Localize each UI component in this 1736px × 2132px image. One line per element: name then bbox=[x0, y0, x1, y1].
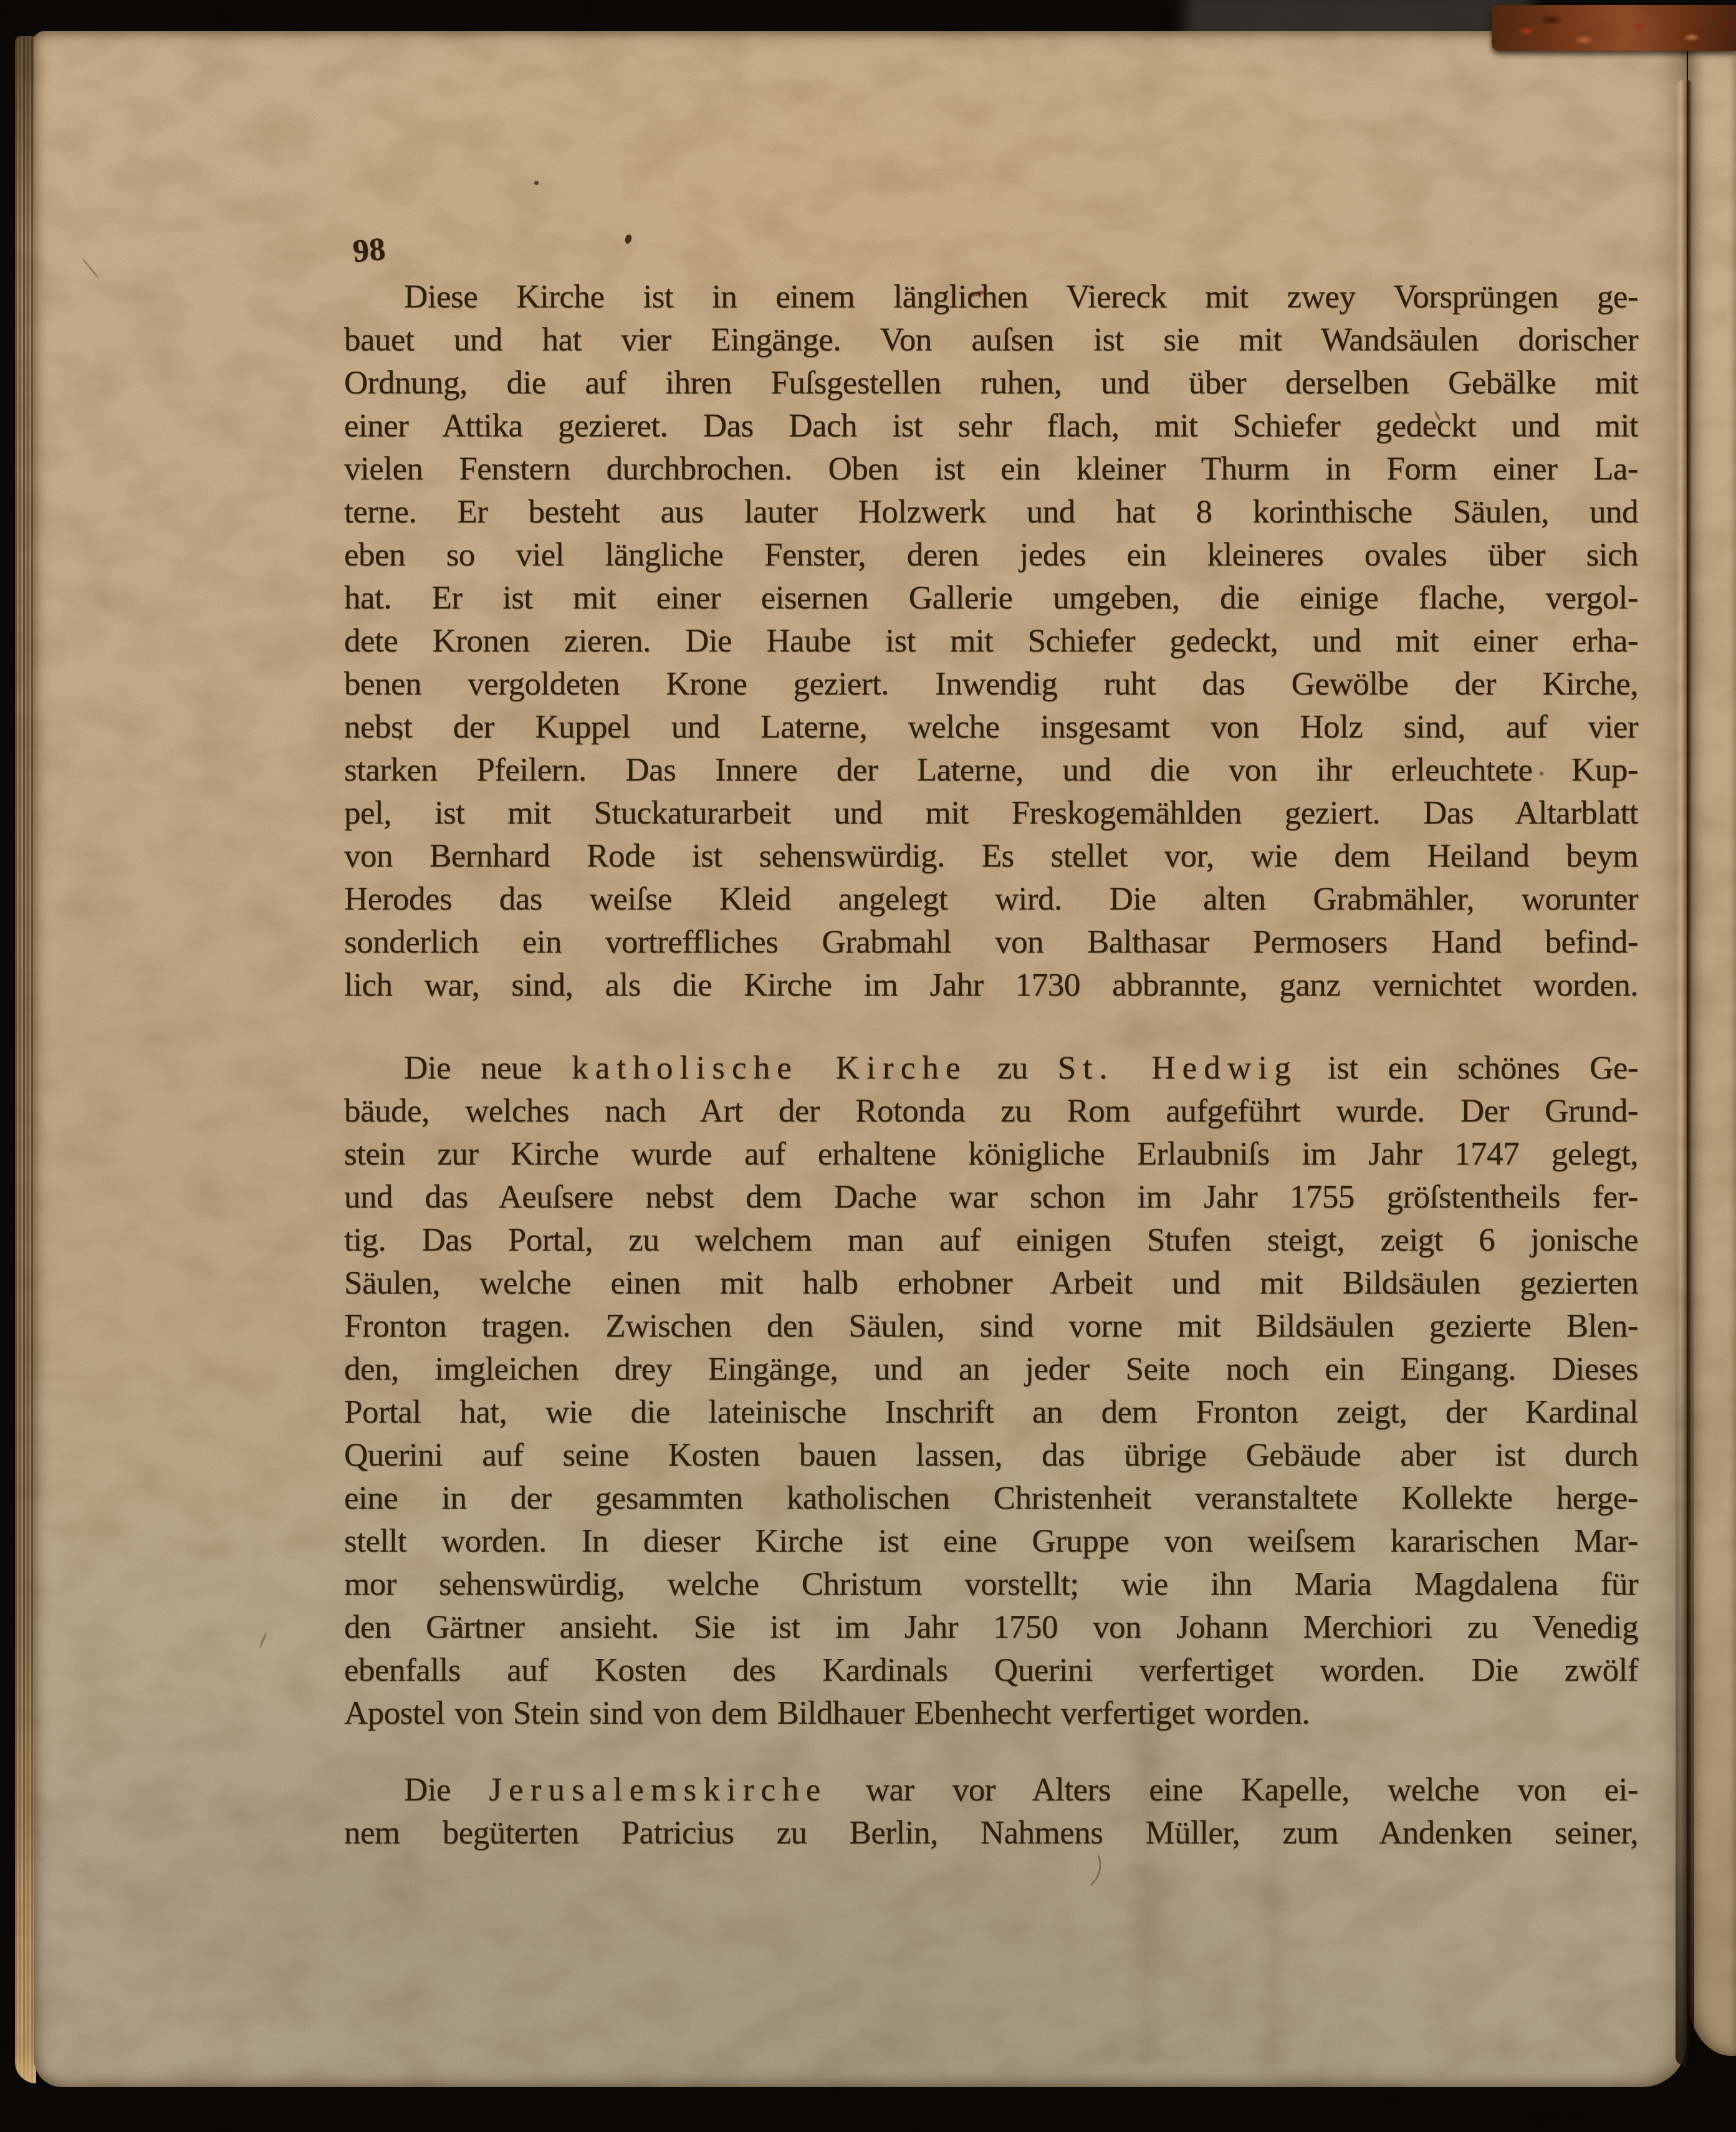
paragraph: Diese Kirche ist in einem länglichen Vie… bbox=[344, 276, 1638, 1007]
text-line: terne. Er besteht aus lauter Holzwerk un… bbox=[344, 491, 1638, 534]
text-line: Die neue katholische Kirche zu St. Hedwi… bbox=[344, 1047, 1638, 1090]
text-segment: war vor Alters eine Kapelle, welche von … bbox=[827, 1772, 1638, 1808]
text-segment: Die neue bbox=[404, 1050, 572, 1086]
letterspaced-phrase: katholische Kirche bbox=[572, 1050, 967, 1086]
text-line: lich war, sind, als die Kirche im Jahr 1… bbox=[344, 964, 1638, 1007]
paragraph: Die neue katholische Kirche zu St. Hedwi… bbox=[344, 1047, 1638, 1735]
text-line: dete Kronen zieren. Die Haube ist mit Sc… bbox=[344, 620, 1638, 663]
text-segment: zu bbox=[967, 1050, 1058, 1086]
text-segment: von Bernhard Rode ist sehenswürdig. Es s… bbox=[344, 838, 1638, 874]
text-line: Säulen, welche einen mit halb erhobner A… bbox=[344, 1262, 1638, 1305]
paper-fibre bbox=[82, 258, 100, 279]
text-segment: Ordnung, die auf ihren Fuſsgestellen ruh… bbox=[344, 365, 1638, 401]
letterspaced-phrase: Jerusalemskirche bbox=[489, 1772, 827, 1808]
text-segment: mor sehenswürdig, welche Christum vorste… bbox=[344, 1566, 1638, 1602]
page-text: Diese Kirche ist in einem länglichen Vie… bbox=[344, 276, 1638, 1855]
text-segment: stellt worden. In dieser Kirche ist eine… bbox=[344, 1523, 1638, 1559]
text-line: mor sehenswürdig, welche Christum vorste… bbox=[344, 1563, 1638, 1606]
letterspaced-phrase: St. Hedwig bbox=[1058, 1050, 1298, 1086]
text-line: sonderlich ein vortreffliches Grabmahl v… bbox=[344, 921, 1638, 964]
text-line: hat. Er ist mit einer eisernen Gallerie … bbox=[344, 577, 1638, 620]
ink-fleck bbox=[534, 181, 539, 185]
text-segment: Herodes das weiſse Kleid angelegt wird. … bbox=[344, 881, 1638, 917]
book-page: 98 Diese Kirche ist in einem länglichen … bbox=[34, 31, 1687, 2087]
text-segment: vielen Fenstern durchbrochen. Oben ist e… bbox=[344, 451, 1638, 487]
text-segment: Die bbox=[404, 1772, 489, 1808]
text-line: eben so viel längliche Fenster, deren je… bbox=[344, 534, 1638, 577]
text-line: Ordnung, die auf ihren Fuſsgestellen ruh… bbox=[344, 362, 1638, 405]
page-crease bbox=[1676, 80, 1694, 2065]
text-line: Portal hat, wie die lateinische Inschrif… bbox=[344, 1391, 1638, 1434]
page-edge-stack bbox=[15, 36, 36, 2083]
text-segment: Querini auf seine Kosten bauen lassen, d… bbox=[344, 1437, 1638, 1473]
text-line: pel, ist mit Stuckaturarbeit und mit Fre… bbox=[344, 792, 1638, 835]
book-cover-edge bbox=[1492, 5, 1736, 51]
text-line: tig. Das Portal, zu welchem man auf eini… bbox=[344, 1219, 1638, 1262]
text-segment: pel, ist mit Stuckaturarbeit und mit Fre… bbox=[344, 795, 1638, 831]
text-line: Diese Kirche ist in einem länglichen Vie… bbox=[344, 276, 1638, 319]
next-page-edge bbox=[1688, 41, 1736, 2056]
text-segment: nebst der Kuppel und Laterne, welche ins… bbox=[344, 709, 1638, 745]
text-segment: bauet und hat vier Eingänge. Von auſsen … bbox=[344, 322, 1638, 358]
text-line: Die Jerusalemskirche war vor Alters eine… bbox=[344, 1769, 1638, 1812]
text-segment: ebenfalls auf Kosten des Kardinals Queri… bbox=[344, 1652, 1638, 1688]
text-segment: Diese Kirche ist in einem länglichen Vie… bbox=[404, 279, 1638, 315]
text-line: ebenfalls auf Kosten des Kardinals Queri… bbox=[344, 1649, 1638, 1692]
text-segment: starken Pfeilern. Das Innere der Laterne… bbox=[344, 752, 1638, 788]
text-segment: eine in der gesammten katholischen Chris… bbox=[344, 1480, 1638, 1516]
text-segment: Portal hat, wie die lateinische Inschrif… bbox=[344, 1394, 1638, 1430]
text-line: nebst der Kuppel und Laterne, welche ins… bbox=[344, 706, 1638, 749]
text-segment: und das Aeuſsere nebst dem Dache war sch… bbox=[344, 1179, 1638, 1215]
text-segment: Apostel von Stein sind von dem Bildhauer… bbox=[344, 1695, 1310, 1731]
text-segment: Säulen, welche einen mit halb erhobner A… bbox=[344, 1265, 1638, 1301]
text-line: Herodes das weiſse Kleid angelegt wird. … bbox=[344, 878, 1638, 921]
text-line: von Bernhard Rode ist sehenswürdig. Es s… bbox=[344, 835, 1638, 878]
text-line: Fronton tragen. Zwischen den Säulen, sin… bbox=[344, 1305, 1638, 1348]
paper-fibre bbox=[259, 1632, 267, 1648]
text-line: nem begüterten Patricius zu Berlin, Nahm… bbox=[344, 1812, 1638, 1855]
page-number: 98 bbox=[352, 231, 387, 270]
text-segment: benen vergoldeten Krone geziert. Inwendi… bbox=[344, 666, 1638, 702]
text-line: Apostel von Stein sind von dem Bildhauer… bbox=[344, 1692, 1638, 1735]
text-line: einer Attika gezieret. Das Dach ist sehr… bbox=[344, 405, 1638, 448]
text-segment: Fronton tragen. Zwischen den Säulen, sin… bbox=[344, 1308, 1638, 1344]
text-segment: nem begüterten Patricius zu Berlin, Nahm… bbox=[344, 1815, 1638, 1851]
text-segment: stein zur Kirche wurde auf erhaltene kön… bbox=[344, 1136, 1638, 1172]
text-segment: tig. Das Portal, zu welchem man auf eini… bbox=[344, 1222, 1638, 1258]
text-line: den Gärtner ansieht. Sie ist im Jahr 175… bbox=[344, 1606, 1638, 1649]
text-line: vielen Fenstern durchbrochen. Oben ist e… bbox=[344, 448, 1638, 491]
text-line: starken Pfeilern. Das Innere der Laterne… bbox=[344, 749, 1638, 792]
text-line: stein zur Kirche wurde auf erhaltene kön… bbox=[344, 1133, 1638, 1176]
scan-background: 98 Diese Kirche ist in einem länglichen … bbox=[0, 0, 1736, 2132]
text-segment: eben so viel längliche Fenster, deren je… bbox=[344, 537, 1638, 573]
text-line: eine in der gesammten katholischen Chris… bbox=[344, 1477, 1638, 1520]
text-line: den, imgleichen drey Eingänge, und an je… bbox=[344, 1348, 1638, 1391]
text-segment: hat. Er ist mit einer eisernen Gallerie … bbox=[344, 580, 1638, 616]
text-segment: lich war, sind, als die Kirche im Jahr 1… bbox=[344, 967, 1638, 1003]
text-segment: einer Attika gezieret. Das Dach ist sehr… bbox=[344, 408, 1638, 444]
ink-fleck bbox=[624, 234, 633, 244]
text-segment: den Gärtner ansieht. Sie ist im Jahr 175… bbox=[344, 1609, 1638, 1645]
text-line: benen vergoldeten Krone geziert. Inwendi… bbox=[344, 663, 1638, 706]
text-segment: bäude, welches nach Art der Rotonda zu R… bbox=[344, 1093, 1638, 1129]
paragraph: Die Jerusalemskirche war vor Alters eine… bbox=[344, 1769, 1638, 1855]
text-line: Querini auf seine Kosten bauen lassen, d… bbox=[344, 1434, 1638, 1477]
text-line: bäude, welches nach Art der Rotonda zu R… bbox=[344, 1090, 1638, 1133]
text-segment: terne. Er besteht aus lauter Holzwerk un… bbox=[344, 494, 1638, 530]
text-line: stellt worden. In dieser Kirche ist eine… bbox=[344, 1520, 1638, 1563]
text-segment: ist ein schönes Ge- bbox=[1298, 1050, 1638, 1086]
text-segment: sonderlich ein vortreffliches Grabmahl v… bbox=[344, 924, 1638, 960]
text-line: und das Aeuſsere nebst dem Dache war sch… bbox=[344, 1176, 1638, 1219]
text-line: bauet und hat vier Eingänge. Von auſsen … bbox=[344, 319, 1638, 362]
text-segment: den, imgleichen drey Eingänge, und an je… bbox=[344, 1351, 1638, 1387]
text-segment: dete Kronen zieren. Die Haube ist mit Sc… bbox=[344, 623, 1638, 659]
